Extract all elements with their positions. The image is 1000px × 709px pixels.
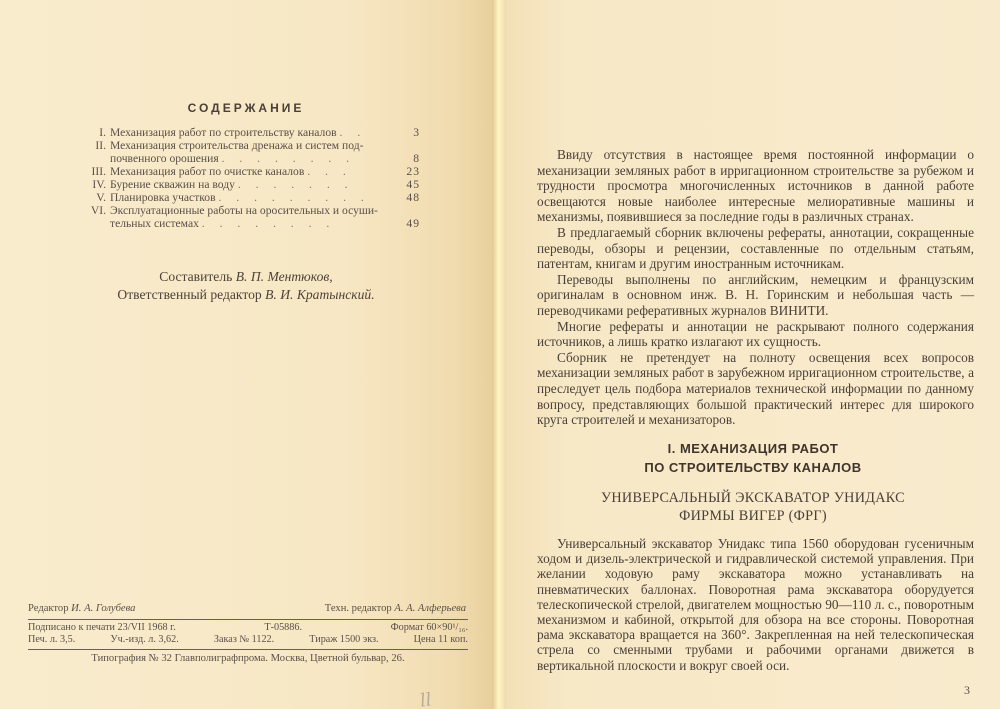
- compiler-name: В. П. Ментюков,: [236, 269, 333, 284]
- toc-entry: V. Планировка участков . . . . . . . . .…: [84, 191, 420, 204]
- intro-paragraph: Переводы выполнены по английским, немецк…: [537, 272, 974, 319]
- order-number: Заказ № 1122.: [214, 634, 274, 646]
- tech-editor-credit: Техн. редактор А. А. Алферьева: [325, 603, 466, 614]
- imprint-divider: [28, 649, 468, 650]
- imprint-details: Подписано к печати 23/VII 1968 г. Т-0588…: [28, 622, 468, 646]
- article-heading: УНИВЕРСАЛЬНЫЙ ЭКСКАВАТОР УНИДАКС ФИРМЫ В…: [506, 489, 1000, 525]
- compiler-line: Составитель В. П. Ментюков,: [0, 268, 492, 286]
- price: Цена 11 коп.: [414, 634, 468, 646]
- toc-entry-page: 8: [390, 152, 420, 165]
- toc-entry-number: IV.: [84, 178, 110, 191]
- toc-entry-number: V.: [84, 191, 110, 204]
- intro-paragraph: Сборник не претендует на полноту освещен…: [537, 350, 974, 428]
- pencil-mark: ll: [419, 689, 433, 709]
- toc-entry-number: II.: [84, 139, 110, 152]
- print-run: Тираж 1500 экз.: [309, 634, 378, 646]
- toc-entry: VI. Эксплуатационные работы на ороситель…: [84, 204, 420, 217]
- credits: Составитель В. П. Ментюков, Ответственны…: [0, 268, 492, 304]
- toc-entry-continued: почвенного орошения . . . . . . . . 8: [84, 152, 420, 165]
- toc-entry-number: VI.: [84, 204, 110, 217]
- publication-sheets: Уч.-изд. л. 3,62.: [110, 634, 178, 646]
- toc-entry-text: Механизация строительства дренажа и сист…: [110, 139, 390, 152]
- table-of-contents: I. Механизация работ по строительству ка…: [84, 126, 420, 230]
- publication-code: Т-05886.: [264, 622, 302, 634]
- toc-entry: III. Механизация работ по очистке канало…: [84, 165, 420, 178]
- intro-paragraph: В предлагаемый сборник включены рефераты…: [537, 225, 974, 272]
- introduction: Ввиду отсутствия в настоящее время посто…: [537, 147, 974, 428]
- toc-title: СОДЕРЖАНИЕ: [0, 101, 492, 115]
- article-paragraph: Универсальный экскаватор Унидакс типа 15…: [537, 536, 974, 673]
- toc-entry-text: Бурение скважин на воду . . . . . . .: [110, 178, 390, 191]
- intro-paragraph: Многие рефераты и аннотации не раскрываю…: [537, 319, 974, 350]
- toc-entry: I. Механизация работ по строительству ка…: [84, 126, 420, 139]
- toc-entry-text: Эксплуатационные работы на оросительных …: [110, 204, 390, 217]
- toc-entry-text: Механизация работ по строительству канал…: [110, 126, 390, 139]
- signed-date: Подписано к печати 23/VII 1968 г.: [28, 622, 176, 634]
- toc-entry-text: тельных системах: [110, 217, 199, 230]
- paper-format: Формат 60×90¹/₁₆.: [391, 622, 468, 634]
- section-heading: I. МЕХАНИЗАЦИЯ РАБОТ ПО СТРОИТЕЛЬСТВУ КА…: [506, 439, 1000, 477]
- page-number: 3: [964, 683, 970, 698]
- printer-info: Типография № 32 Главполиграфпрома. Москв…: [28, 653, 468, 664]
- print-sheets: Печ. л. 3,5.: [28, 634, 75, 646]
- responsible-editor-name: В. И. Кратынский.: [265, 287, 375, 302]
- toc-entry-page: 3: [390, 126, 420, 139]
- toc-entry-text: Механизация работ по очистке каналов . .…: [110, 165, 390, 178]
- responsible-editor-line: Ответственный редактор В. И. Кратынский.: [0, 286, 492, 304]
- toc-entry-page: 45: [390, 178, 420, 191]
- toc-entry: IV. Бурение скважин на воду . . . . . . …: [84, 178, 420, 191]
- imprint-editors: Редактор И. А. Голубева Техн. редактор А…: [28, 603, 466, 614]
- book-gutter: [492, 0, 506, 709]
- toc-entry: II. Механизация строительства дренажа и …: [84, 139, 420, 152]
- intro-paragraph: Ввиду отсутствия в настоящее время посто…: [537, 147, 974, 225]
- toc-entry-page: 23: [390, 165, 420, 178]
- toc-entry-page: 48: [390, 191, 420, 204]
- editor-credit: Редактор И. А. Голубева: [28, 603, 135, 614]
- toc-entry-number: I.: [84, 126, 110, 139]
- toc-entry-continued: тельных системах . . . . . . . . 49: [84, 217, 420, 230]
- imprint-divider: [28, 619, 468, 620]
- toc-entry-text: почвенного орошения: [110, 152, 219, 165]
- toc-entry-page: 49: [390, 217, 420, 230]
- article-body: Универсальный экскаватор Унидакс типа 15…: [537, 536, 974, 673]
- toc-entry-text: Планировка участков . . . . . . . . .: [110, 191, 390, 204]
- toc-entry-number: III.: [84, 165, 110, 178]
